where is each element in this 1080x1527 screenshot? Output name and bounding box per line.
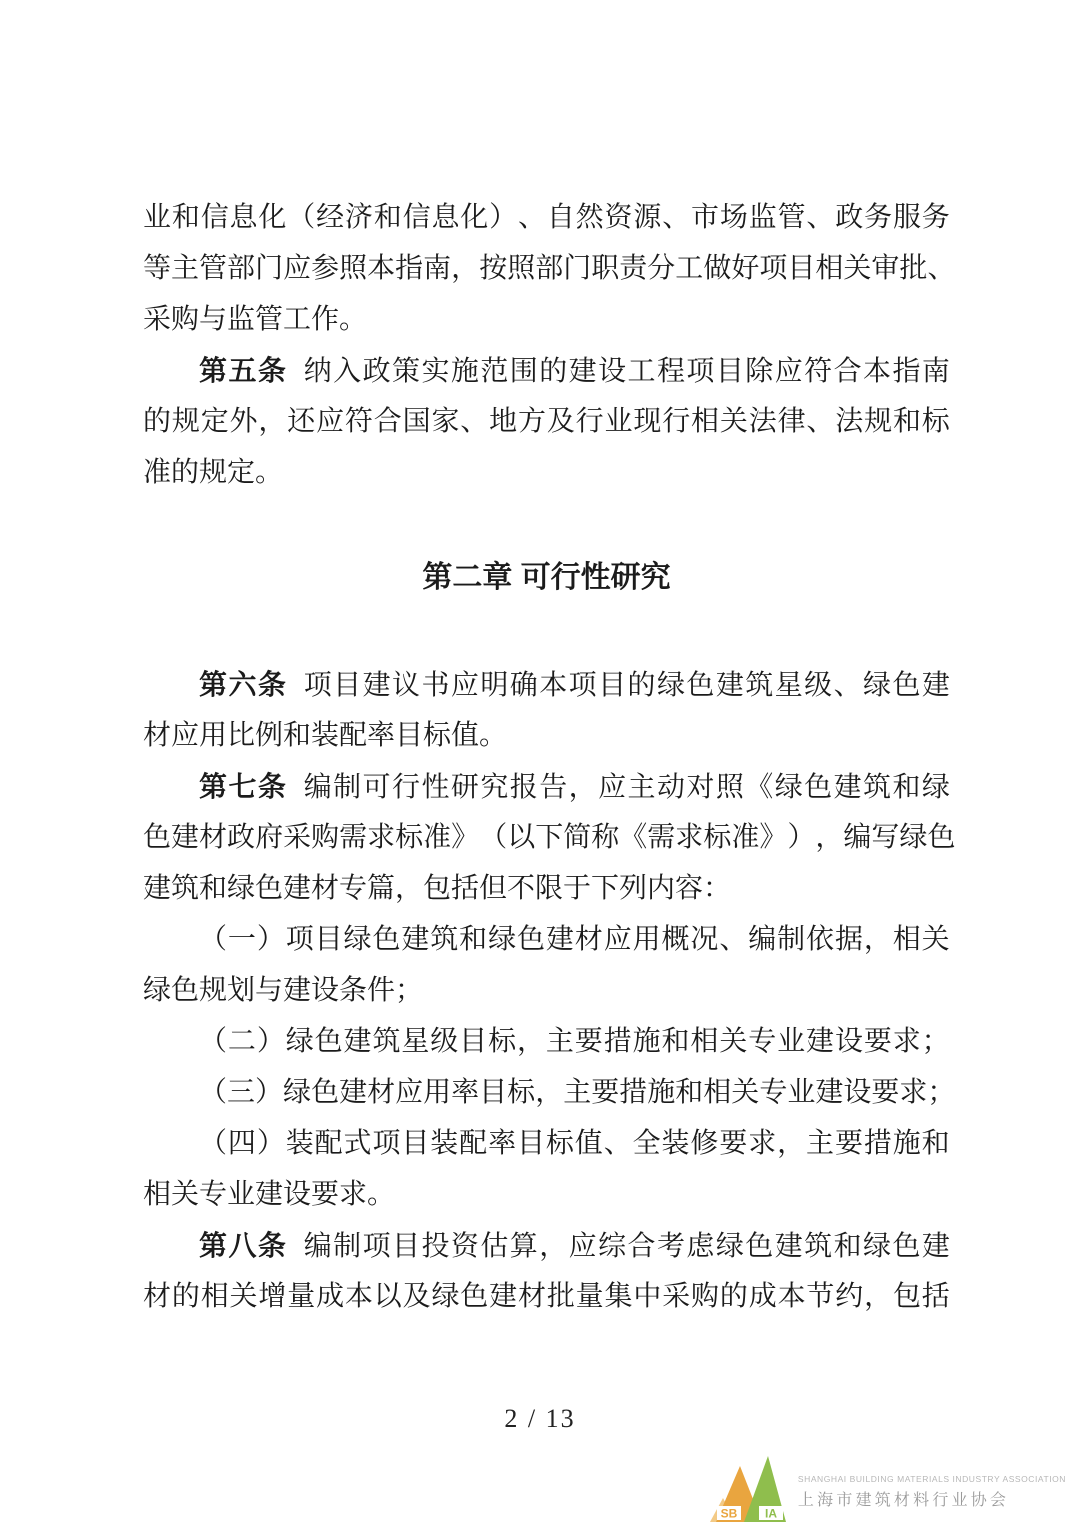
text-line: 第八条 编制项目投资估算，应综合考虑绿色建筑和绿色建: [143, 1220, 950, 1271]
text-run: 以: [507, 812, 535, 863]
text-run: 标: [546, 1118, 574, 1169]
text-run: 和: [834, 1221, 862, 1272]
text-run: 要: [864, 1016, 892, 1067]
text-run: 项: [372, 1118, 400, 1169]
text-line: （四）装配式项目装配率目标值、全装修要求，主要措施和: [143, 1118, 950, 1169]
text-line: 第七条 编制可行性研究报告，应主动对照《绿色建筑和绿: [143, 761, 950, 812]
text-run: 施: [633, 1016, 661, 1067]
text-run: 分: [647, 243, 675, 294]
text-run: 施: [647, 1067, 675, 1118]
text-run: 目: [598, 660, 626, 711]
text-run: 项: [686, 346, 714, 397]
text-run: 专: [759, 1067, 787, 1118]
text-run: 、: [834, 660, 862, 711]
text-run: 按: [479, 243, 507, 294]
text-run: 告: [539, 762, 567, 813]
text-run: 率: [488, 1118, 516, 1169]
text-run: 关: [230, 1271, 258, 1322]
text-run: 及: [403, 1271, 431, 1322]
text-run: 材: [199, 812, 227, 863]
text-run: 况: [690, 914, 718, 965]
text-run: 业: [787, 1067, 815, 1118]
text-run: 色: [372, 914, 400, 965]
text-run: 业: [143, 192, 171, 243]
text-run: 和: [459, 914, 487, 965]
text-line: 绿色规划与建设条件；: [143, 965, 950, 1016]
text-run: 编: [304, 1221, 332, 1272]
text-run: 设: [835, 1016, 863, 1067]
text-run: 装: [662, 1118, 690, 1169]
text-run: 主: [628, 762, 656, 813]
text-run: 、: [719, 914, 747, 965]
association-name-en: SHANGHAI BUILDING MATERIALS INDUSTRY ASS…: [798, 1474, 1066, 1484]
text-run: 集: [605, 1271, 633, 1322]
text-run: 应: [598, 762, 626, 813]
text-run: （: [199, 1067, 227, 1118]
text-run: 采: [283, 812, 311, 863]
text-run: 简: [563, 812, 591, 863]
text-run: 相: [893, 914, 921, 965]
text-run: 务: [922, 192, 950, 243]
text-run: 建: [815, 1067, 843, 1118]
text-run: 考: [657, 1221, 685, 1272]
text-run: 第: [199, 1220, 227, 1271]
text-run: 建: [834, 762, 862, 813]
text-run: 好: [731, 243, 759, 294]
text-run: 编: [843, 812, 871, 863]
text-run: 门: [255, 243, 283, 294]
text-run: 绿: [283, 1067, 311, 1118]
text-run: 要: [575, 1016, 603, 1067]
text-run: 本: [345, 1271, 373, 1322]
text-run: 资: [451, 1221, 479, 1272]
text-run: 策: [392, 346, 420, 397]
text-run: 虑: [686, 1221, 714, 1272]
association-name-zh: 上海市建筑材料行业协会: [798, 1487, 1066, 1510]
text-run: 程: [657, 346, 685, 397]
text-run: 建: [344, 1016, 372, 1067]
text-run: 装: [286, 1118, 314, 1169]
logo-acronym-right: IA: [765, 1507, 777, 1521]
text-run: 、: [460, 396, 488, 447]
text-run: 绿: [286, 1016, 314, 1067]
text-run: 相: [690, 1016, 718, 1067]
text-run: 、: [806, 396, 834, 447]
text-run: 议: [392, 660, 420, 711]
text-run: ，: [517, 1016, 545, 1067]
text-run: 场: [720, 192, 748, 243]
text-run: 六: [228, 659, 256, 710]
text-run: 本: [367, 243, 395, 294]
text-run: ，: [569, 762, 597, 813]
text-run: （: [199, 1118, 227, 1169]
text-run: 第: [199, 659, 227, 710]
text-run: 绿: [775, 762, 803, 813]
text-run: 国: [403, 396, 431, 447]
text-run: 业: [777, 1016, 805, 1067]
text-run: 量: [576, 1271, 604, 1322]
text-run: 责: [619, 243, 647, 294]
text-run: 政: [835, 192, 863, 243]
text-run: 目: [315, 914, 343, 965]
text-run: 政: [363, 346, 391, 397]
text-run: 率: [451, 1067, 479, 1118]
text-line: 的规定外，还应符合国家、地方及行业现行相关法律、法规和标: [143, 396, 950, 447]
text-run: 、: [806, 192, 834, 243]
text-run: 购: [691, 1271, 719, 1322]
text-run: 应: [569, 1221, 597, 1272]
text-run: ，: [539, 1221, 567, 1272]
text-run: 关: [719, 1016, 747, 1067]
text-run: 》: [759, 812, 787, 863]
text-run: ）: [489, 192, 517, 243]
text-run: 确: [510, 660, 538, 711]
text-run: 建: [339, 1067, 367, 1118]
logo-acronym-left: SB: [721, 1507, 738, 1521]
text-run: 建: [489, 1271, 517, 1322]
text-run: ）: [257, 914, 285, 965]
text-run: ，: [535, 1067, 563, 1118]
text-run: 行: [662, 396, 690, 447]
text-run: ，: [864, 914, 892, 965]
text-run: 行: [576, 396, 604, 447]
text-run: 本: [539, 660, 567, 711]
text-run: 应: [604, 914, 632, 965]
text-run: 工: [628, 346, 656, 397]
text-run: 目: [401, 1118, 429, 1169]
text-run: 定: [201, 396, 229, 447]
text-run: 需: [339, 812, 367, 863]
text-run: 、: [518, 192, 546, 243]
text-run: 批: [899, 243, 927, 294]
text-run: 纳: [304, 346, 332, 397]
text-run: 建: [363, 660, 391, 711]
text-run: 和: [892, 762, 920, 813]
text-run: 应: [283, 243, 311, 294]
text-line: 等主管部门应参照本指南，按照部门职责分工做好项目相关审批、: [143, 243, 950, 294]
text-run: 量: [287, 1271, 315, 1322]
text-run: 动: [657, 762, 685, 813]
text-run: 要: [871, 1067, 899, 1118]
text-run: 职: [591, 243, 619, 294]
text-run: 色: [804, 762, 832, 813]
text-run: 息: [431, 192, 459, 243]
text-run: 主: [563, 1067, 591, 1118]
text-run: 关: [731, 1067, 759, 1118]
text-run: 标: [922, 396, 950, 447]
text-run: 标: [507, 1067, 535, 1118]
text-run: 以: [374, 1271, 402, 1322]
text-run: 需: [647, 812, 675, 863]
text-run: 级: [430, 1016, 458, 1067]
text-run: 主: [546, 1016, 574, 1067]
text-run: 目: [392, 1221, 420, 1272]
text-run: 建: [546, 914, 574, 965]
text-run: 约: [835, 1271, 863, 1322]
text-run: 目: [517, 1118, 545, 1169]
text-run: 相: [691, 396, 719, 447]
chapter-heading: 第二章 可行性研究: [143, 552, 950, 603]
text-run: 围: [510, 346, 538, 397]
text-run: 照: [507, 243, 535, 294]
text-line: （一）项目绿色建筑和绿色建材应用概况、编制依据，相关: [143, 914, 950, 965]
text-run: 四: [228, 1118, 256, 1169]
text-run: 条: [258, 1220, 286, 1271]
text-run: 主: [171, 243, 199, 294]
text-run: 配: [315, 1118, 343, 1169]
text-run: 相: [815, 243, 843, 294]
text-run: 本: [778, 1271, 806, 1322]
text-run: 准的规定。: [143, 457, 283, 488]
text-run: 材: [367, 1067, 395, 1118]
text-run: 关: [720, 396, 748, 447]
text-run: 《: [745, 762, 773, 813]
text-line: （三）绿色建材应用率目标，主要措施和相关专业建设要求；: [143, 1067, 950, 1118]
text-run: 建: [806, 1016, 834, 1067]
text-run: 南: [922, 346, 950, 397]
text-run: 关: [843, 243, 871, 294]
sbmia-logo-icon: SB IA: [710, 1450, 788, 1524]
text-run: 条: [258, 345, 286, 396]
text-run: 式: [344, 1118, 372, 1169]
text-run: 除: [745, 346, 773, 397]
text-run: 法: [835, 396, 863, 447]
text-run: [287, 346, 302, 397]
text-run: 方: [518, 396, 546, 447]
text-run: 绿: [716, 1221, 744, 1272]
text-run: 编: [748, 914, 776, 965]
text-run: 项: [363, 1221, 391, 1272]
text-run: ；: [927, 1067, 955, 1118]
text-run: 中: [633, 1271, 661, 1322]
text-run: 编: [304, 762, 332, 813]
text-run: 照: [339, 243, 367, 294]
text-run: 关: [922, 914, 950, 965]
text-run: 成: [316, 1271, 344, 1322]
text-run: 的: [720, 1271, 748, 1322]
text-run: 三: [227, 1067, 255, 1118]
text-run: 标: [395, 812, 423, 863]
text-run: 准: [731, 812, 759, 863]
text-run: 等: [143, 243, 171, 294]
text-run: 色: [311, 1067, 339, 1118]
text-run: 及: [547, 396, 575, 447]
text-run: 购: [311, 812, 339, 863]
document-body: 业和信息化（经济和信息化）、自然资源、市场监管、政务服务等主管部门应参照本指南，…: [143, 192, 950, 1322]
text-run: 目: [479, 1067, 507, 1118]
text-line: 第五条 纳入政策实施范围的建设工程项目除应符合本指南: [143, 345, 950, 396]
text-run: 制: [777, 914, 805, 965]
text-run: 指: [892, 346, 920, 397]
text-run: 明: [480, 660, 508, 711]
text-run: 主: [806, 1118, 834, 1169]
text-run: （: [199, 1016, 227, 1067]
text-run: 求: [899, 1067, 927, 1118]
text-run: 配: [459, 1118, 487, 1169]
text-run: 条: [258, 761, 286, 812]
text-run: 建: [922, 1221, 950, 1272]
text-run: 修: [690, 1118, 718, 1169]
text-run: 增: [258, 1271, 286, 1322]
text-run: 八: [228, 1220, 256, 1271]
text-run: 地: [489, 396, 517, 447]
text-run: 设: [598, 346, 626, 397]
text-run: 标: [703, 812, 731, 863]
text-run: 行: [392, 762, 420, 813]
text-line: 第六条 项目建议书应明确本项目的绿色建筑星级、绿色建: [143, 659, 950, 710]
text-run: 律: [778, 396, 806, 447]
text-run: 二: [228, 1016, 256, 1067]
text-run: 第: [199, 345, 227, 396]
text-run: 标: [488, 1016, 516, 1067]
text-run: 家: [431, 396, 459, 447]
text-run: 建: [922, 660, 950, 711]
text-run: 星: [401, 1016, 429, 1067]
text-run: 监: [749, 192, 777, 243]
text-run: ，: [777, 1118, 805, 1169]
text-run: 审: [871, 243, 899, 294]
text-run: ，: [864, 1271, 892, 1322]
text-run: 绿: [863, 1221, 891, 1272]
text-run: 求: [675, 812, 703, 863]
text-run: 南: [423, 243, 451, 294]
text-run: 合: [374, 396, 402, 447]
text-run: 色: [745, 1221, 773, 1272]
text-run: [287, 660, 302, 711]
text-run: 要: [835, 1118, 863, 1169]
text-run: ，: [451, 243, 479, 294]
text-run: 的: [539, 346, 567, 397]
association-name: SHANGHAI BUILDING MATERIALS INDUSTRY ASS…: [798, 1474, 1066, 1524]
text-run: 资: [605, 192, 633, 243]
text-run: 本: [863, 346, 891, 397]
text-run: 外: [230, 396, 258, 447]
text-run: 报: [510, 762, 538, 813]
text-run: 筑: [372, 1016, 400, 1067]
text-run: 符: [345, 396, 373, 447]
text-run: 合: [628, 1221, 656, 1272]
text-run: 做: [703, 243, 731, 294]
text-run: 《: [619, 812, 647, 863]
text-run: 第: [199, 761, 227, 812]
text-run: 入: [333, 346, 361, 397]
text-run: 信: [201, 192, 229, 243]
text-run: 估: [480, 1221, 508, 1272]
text-run: 称: [591, 812, 619, 863]
text-run: 绿: [431, 1271, 459, 1322]
text-line: 材的相关增量成本以及绿色建材批量集中采购的成本节约，包括: [143, 1271, 950, 1322]
text-run: 务: [864, 192, 892, 243]
text-run: 措: [619, 1067, 647, 1118]
text-run: 包: [893, 1271, 921, 1322]
text-run: 息: [230, 192, 258, 243]
text-run: 参: [311, 243, 339, 294]
text-line: 色建材政府采购需求标准》（以下简称《需求标准》），编写绿色: [143, 812, 950, 863]
text-run: 和: [662, 1016, 690, 1067]
text-run: 措: [604, 1016, 632, 1067]
text-run: 下: [535, 812, 563, 863]
text-run: 目: [459, 1016, 487, 1067]
text-run: 七: [228, 761, 256, 812]
text-run: 算: [510, 1221, 538, 1272]
text-run: 、: [604, 1118, 632, 1169]
text-run: 应: [775, 346, 803, 397]
text-run: 级: [804, 660, 832, 711]
text-run: 措: [864, 1118, 892, 1169]
text-run: 应: [316, 396, 344, 447]
text-run: 规: [172, 396, 200, 447]
text-run: 经: [316, 192, 344, 243]
text-run: 绿: [344, 914, 372, 965]
text-run: 筑: [804, 1221, 832, 1272]
text-run: 装: [430, 1118, 458, 1169]
text-run: 要: [719, 1118, 747, 1169]
text-line: 材应用比例和装配率目标值。: [143, 710, 950, 761]
text-line: 相关专业建设要求。: [143, 1169, 950, 1220]
text-run: 实: [421, 346, 449, 397]
text-run: 书: [421, 660, 449, 711]
text-run: 目: [787, 243, 815, 294]
text-run: 材: [518, 1271, 546, 1322]
text-run: 研: [451, 762, 479, 813]
text-run: 部: [535, 243, 563, 294]
text-run: ，: [815, 812, 843, 863]
text-run: 然: [576, 192, 604, 243]
text-line: 建筑和绿色建材专篇，包括但不限于下列内容：: [143, 863, 950, 914]
text-run: （: [287, 192, 315, 243]
text-run: 性: [421, 762, 449, 813]
text-run: 绿色规划与建设条件；: [143, 975, 423, 1006]
text-run: 府: [255, 812, 283, 863]
text-run: 和: [172, 192, 200, 243]
text-run: 材应用比例和装配率目标值。: [143, 720, 507, 751]
text-run: 色: [892, 660, 920, 711]
text-run: 工: [675, 243, 703, 294]
text-run: 法: [749, 396, 777, 447]
text-run: 信: [403, 192, 431, 243]
text-run: 部: [227, 243, 255, 294]
text-run: 现: [633, 396, 661, 447]
text-run: 和: [374, 192, 402, 243]
text-run: 建筑和绿色建材专篇，包括但不限于下列内容：: [143, 873, 731, 904]
text-run: 五: [228, 345, 256, 396]
text-run: 节: [806, 1271, 834, 1322]
text-run: 符: [804, 346, 832, 397]
text-run: 和: [922, 1118, 950, 1169]
text-run: 色: [686, 660, 714, 711]
text-run: 目: [716, 346, 744, 397]
text-run: 建: [401, 914, 429, 965]
text-run: 的: [628, 660, 656, 711]
text-run: 合: [834, 346, 862, 397]
text-run: 投: [421, 1221, 449, 1272]
text-run: 批: [547, 1271, 575, 1322]
association-logo: SB IA SHANGHAI BUILDING MATERIALS INDUST…: [710, 1450, 1066, 1524]
text-run: 项: [569, 660, 597, 711]
text-run: 的: [143, 396, 171, 447]
text-run: 政: [227, 812, 255, 863]
text-run: 采: [662, 1271, 690, 1322]
text-run: 规: [864, 396, 892, 447]
text-run: 色: [143, 812, 171, 863]
text-run: 、: [662, 192, 690, 243]
text-run: 筑: [745, 660, 773, 711]
text-run: 用: [423, 1067, 451, 1118]
text-run: 第二章 可行性研究: [422, 561, 670, 594]
text-run: 求: [748, 1118, 776, 1169]
text-run: 制: [333, 762, 361, 813]
text-run: 条: [258, 659, 286, 710]
